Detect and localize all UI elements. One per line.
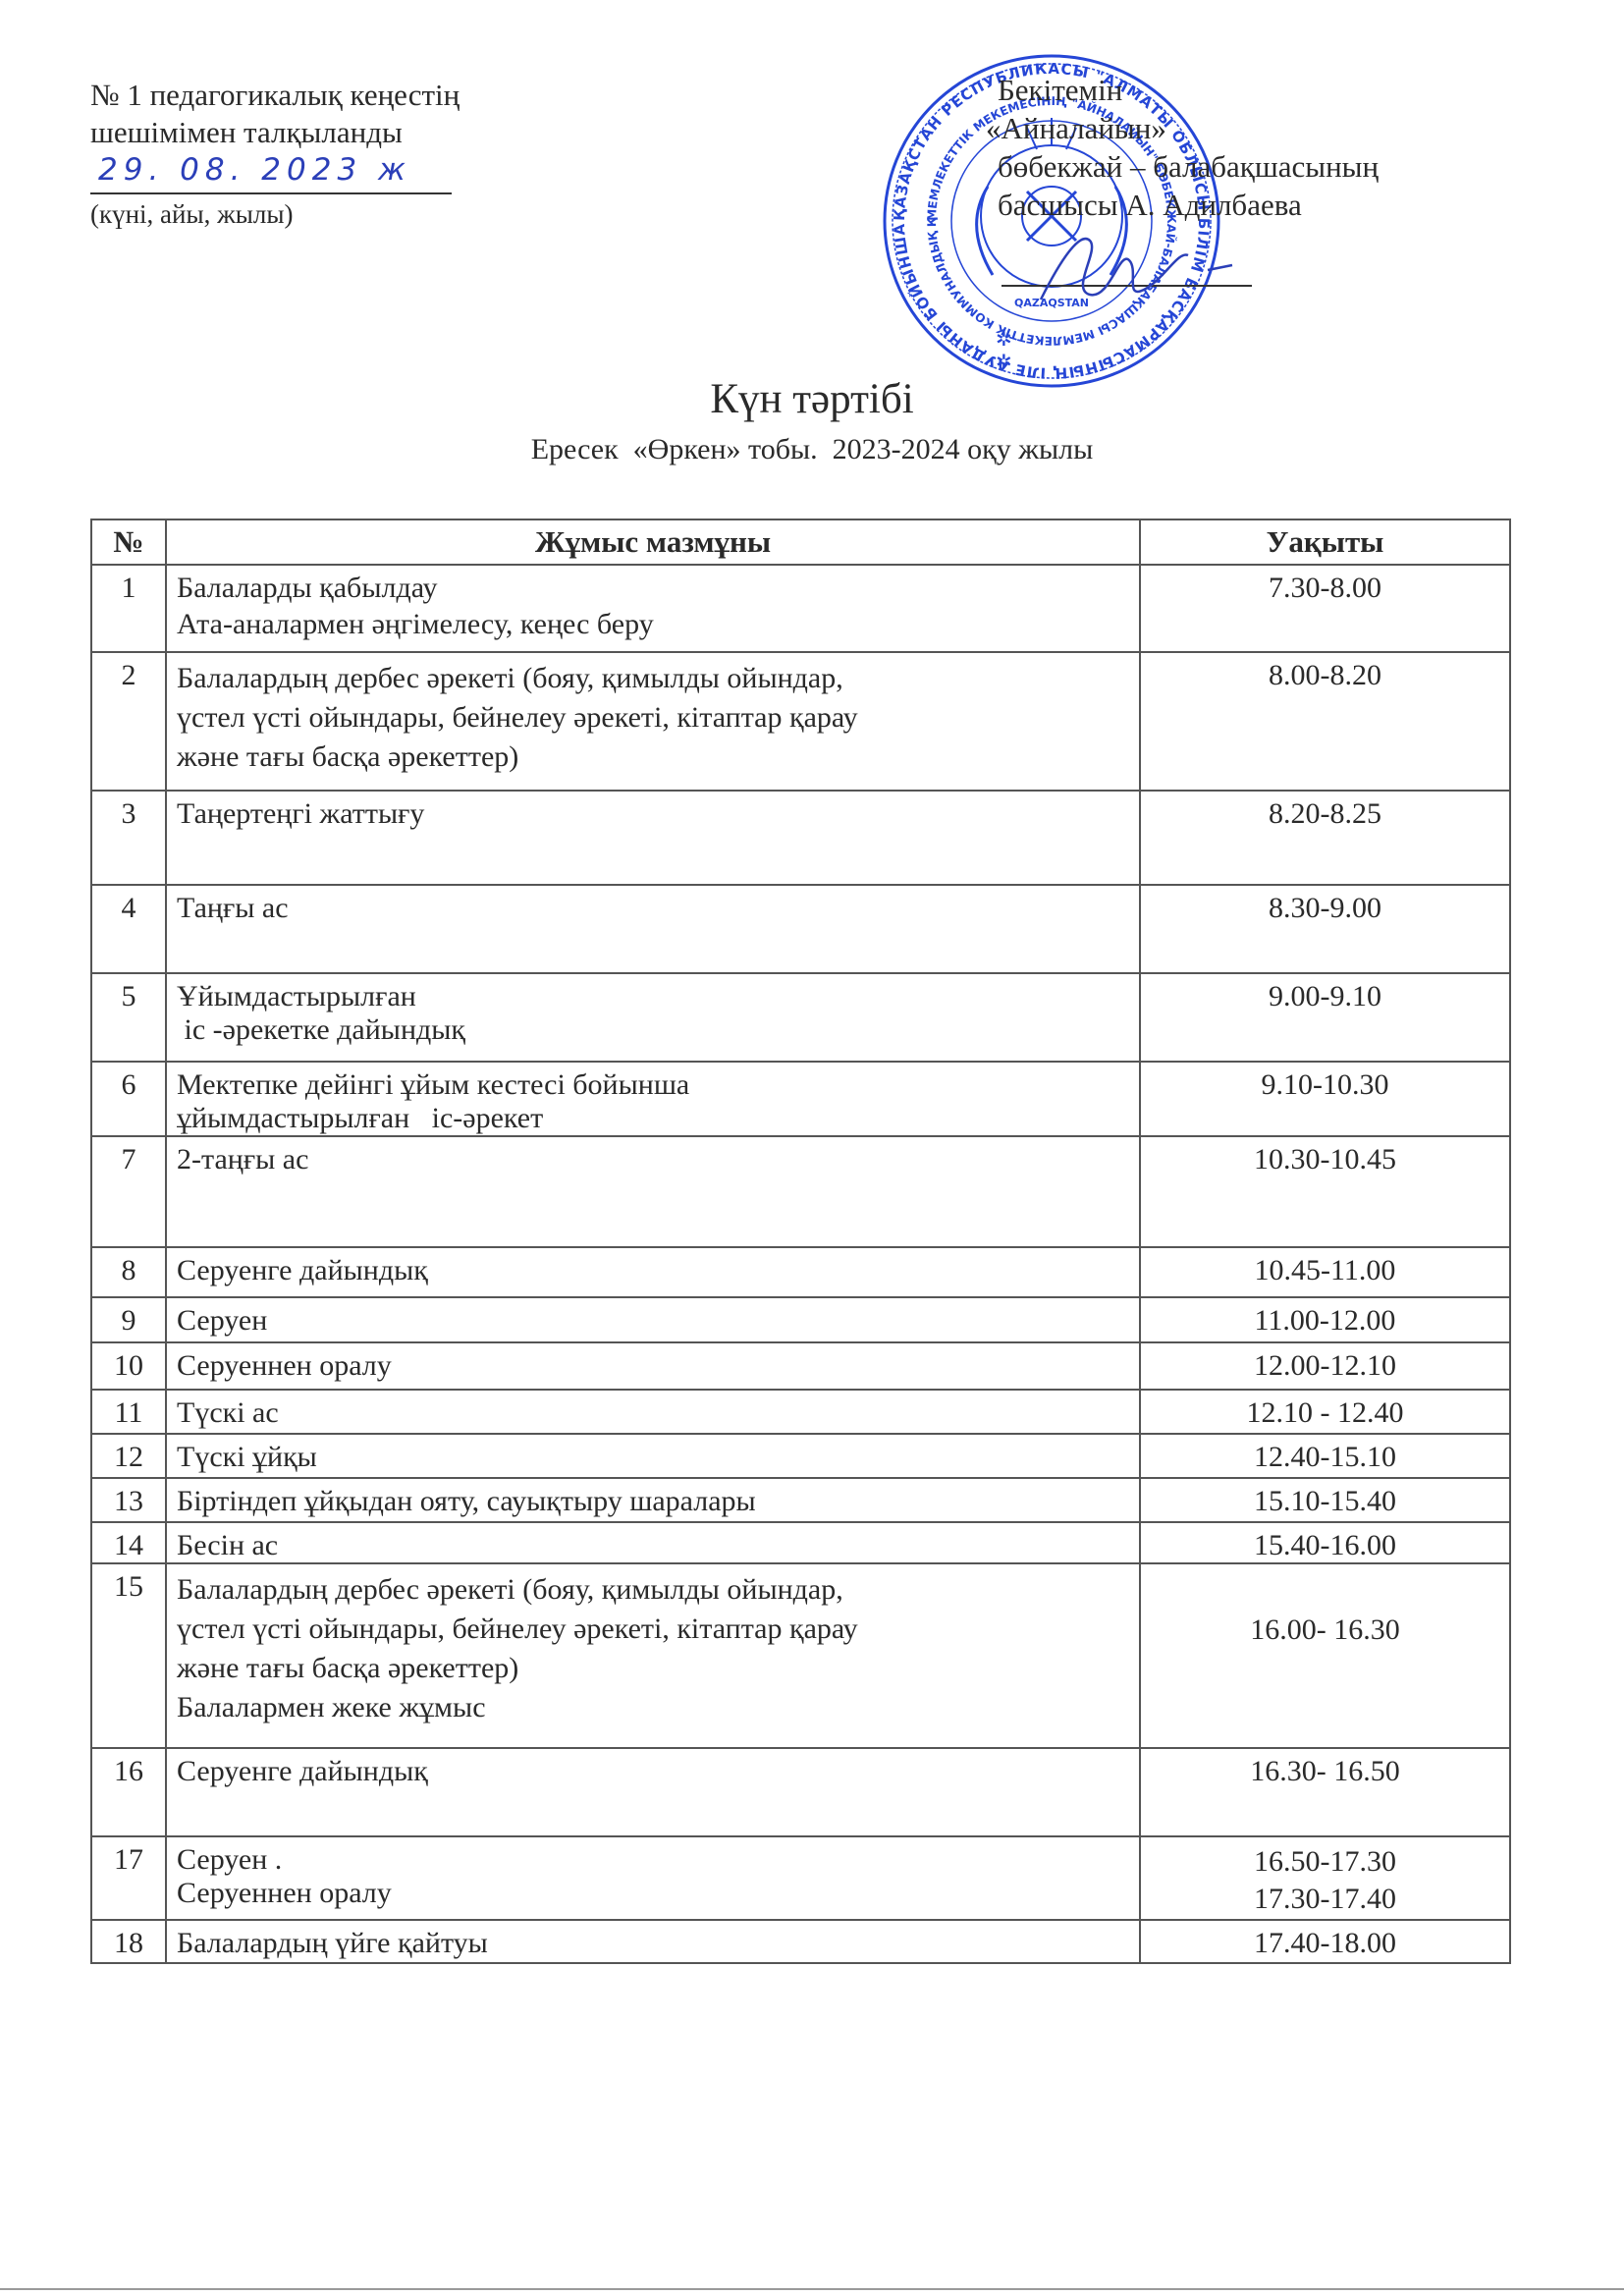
activity-line: үстел үсті ойындары, бейнелеу әрекеті, к… [177, 1610, 1139, 1649]
activity-line: Түскі ұйқы [177, 1441, 1139, 1474]
activity-cell: Серуенге дайындық [166, 1247, 1140, 1297]
activity-cell: Балалардың дербес әрекеті (бояу, қимылды… [166, 652, 1140, 791]
table-row: 11Түскі ас12.10 - 12.40 [91, 1390, 1510, 1434]
activity-line: Серуен [177, 1304, 1139, 1338]
time-range: 12.10 - 12.40 [1141, 1396, 1509, 1430]
time-range: 9.00-9.10 [1141, 980, 1509, 1013]
time-range: 16.50-17.30 [1141, 1843, 1509, 1881]
activity-line: және тағы басқа әрекеттер) [177, 738, 1139, 777]
activity-cell: Серуен .Серуеннен оралу [166, 1836, 1140, 1920]
date-field: 29. 08. 2023 ж [90, 153, 452, 194]
row-number: 10 [91, 1342, 166, 1390]
page-bottom-edge [0, 2288, 1624, 2290]
activity-cell: Балалардың дербес әрекеті (бояу, қимылды… [166, 1563, 1140, 1748]
activity-cell: Балалардың үйге қайтуы [166, 1920, 1140, 1963]
time-range: 11.00-12.00 [1141, 1304, 1509, 1338]
activity-cell: Мектепке дейінгі ұйым кестесі бойыншаұйы… [166, 1062, 1140, 1136]
row-number: 1 [91, 565, 166, 652]
activity-line: Серуеннен оралу [177, 1349, 1139, 1383]
svg-text:✲: ✲ [996, 350, 1012, 373]
activity-cell: Түскі ұйқы [166, 1434, 1140, 1478]
time-cell: 8.00-8.20 [1140, 652, 1510, 791]
time-cell: 12.10 - 12.40 [1140, 1390, 1510, 1434]
time-cell: 9.10-10.30 [1140, 1062, 1510, 1136]
table-row: 1Балаларды қабылдауАта-аналармен әңгімел… [91, 565, 1510, 652]
time-cell: 8.20-8.25 [1140, 791, 1510, 885]
row-number: 16 [91, 1748, 166, 1836]
header-number: № [91, 519, 166, 565]
time-range: 17.40-18.00 [1141, 1927, 1509, 1960]
time-cell: 16.50-17.3017.30-17.40 [1140, 1836, 1510, 1920]
svg-text:✲: ✲ [996, 327, 1012, 351]
table-row: 6Мектепке дейінгі ұйым кестесі бойыншаұй… [91, 1062, 1510, 1136]
table-row: 17Серуен .Серуеннен оралу16.50-17.3017.3… [91, 1836, 1510, 1920]
table-row: 15Балалардың дербес әрекеті (бояу, қимыл… [91, 1563, 1510, 1748]
activity-line: Балаларды қабылдау [177, 572, 1139, 605]
row-number: 18 [91, 1920, 166, 1963]
daily-schedule-table: № Жұмыс мазмұны Уақыты 1Балаларды қабылд… [90, 519, 1509, 1964]
activity-cell: 2-таңғы ас [166, 1136, 1140, 1247]
time-cell: 7.30-8.00 [1140, 565, 1510, 652]
table-row: 16Серуенге дайындық16.30- 16.50 [91, 1748, 1510, 1836]
table-row: 72-таңғы ас10.30-10.45 [91, 1136, 1510, 1247]
activity-line: Серуен . [177, 1843, 1139, 1877]
activity-line: үстел үсті ойындары, бейнелеу әрекеті, к… [177, 698, 1139, 738]
row-number: 8 [91, 1247, 166, 1297]
time-range: 17.30-17.40 [1141, 1881, 1509, 1918]
time-cell: 16.00- 16.30 [1140, 1563, 1510, 1748]
table-row: 5Ұйымдастырылған іс -әрекетке дайындық9.… [91, 973, 1510, 1062]
council-line-1: № 1 педагогикалық кеңестің [90, 77, 460, 114]
activity-line: Серуеннен оралу [177, 1877, 1139, 1910]
activity-line: Мектепке дейінгі ұйым кестесі бойынша [177, 1068, 1139, 1102]
table-row: 3Таңертеңгі жаттығу8.20-8.25 [91, 791, 1510, 885]
table-row: 2Балалардың дербес әрекеті (бояу, қимылд… [91, 652, 1510, 791]
table-row: 13Біртіндеп ұйқыдан ояту, сауықтыру шара… [91, 1478, 1510, 1522]
time-cell: 10.45-11.00 [1140, 1247, 1510, 1297]
activity-cell: Таңертеңгі жаттығу [166, 791, 1140, 885]
approval-line-1: Бекітемін [998, 71, 1379, 109]
activity-cell: Серуенге дайындық [166, 1748, 1140, 1836]
row-number: 9 [91, 1297, 166, 1342]
time-range: 10.30-10.45 [1141, 1143, 1509, 1176]
header-activity: Жұмыс мазмұны [166, 519, 1140, 565]
activity-line: Таңғы ас [177, 892, 1139, 925]
row-number: 17 [91, 1836, 166, 1920]
time-cell: 8.30-9.00 [1140, 885, 1510, 973]
activity-cell: Серуен [166, 1297, 1140, 1342]
row-number: 5 [91, 973, 166, 1062]
council-discussion-block: № 1 педагогикалық кеңестің шешімімен тал… [90, 77, 460, 234]
activity-line: Бесін ас [177, 1529, 1139, 1562]
activity-line: 2-таңғы ас [177, 1143, 1139, 1176]
activity-line: және тағы басқа әрекеттер) [177, 1649, 1139, 1688]
activity-cell: Түскі ас [166, 1390, 1140, 1434]
table-row: 18Балалардың үйге қайтуы17.40-18.00 [91, 1920, 1510, 1963]
activity-line: Ата-аналармен әңгімелесу, кеңес беру [177, 605, 1139, 644]
time-cell: 10.30-10.45 [1140, 1136, 1510, 1247]
date-caption: (күні, айы, жылы) [90, 194, 460, 234]
activity-line: Балалардың үйге қайтуы [177, 1927, 1139, 1960]
activity-line: Таңертеңгі жаттығу [177, 797, 1139, 831]
page-title: Күн тәртібі [0, 375, 1624, 424]
activity-cell: Біртіндеп ұйқыдан ояту, сауықтыру шарала… [166, 1478, 1140, 1522]
activity-line: Балалардың дербес әрекеті (бояу, қимылды… [177, 1570, 1139, 1610]
row-number: 14 [91, 1522, 166, 1563]
time-cell: 11.00-12.00 [1140, 1297, 1510, 1342]
time-range: 7.30-8.00 [1141, 572, 1509, 605]
activity-line: Балалармен жеке жұмыс [177, 1688, 1139, 1727]
activity-line: Серуенге дайындық [177, 1755, 1139, 1788]
table-row: 12Түскі ұйқы12.40-15.10 [91, 1434, 1510, 1478]
time-range: 12.00-12.10 [1141, 1349, 1509, 1383]
time-range: 9.10-10.30 [1141, 1068, 1509, 1102]
row-number: 7 [91, 1136, 166, 1247]
table-header-row: № Жұмыс мазмұны Уақыты [91, 519, 1510, 565]
approval-line-2: «Айналайын» [986, 109, 1379, 147]
council-line-2: шешімімен талқыланды [90, 114, 460, 151]
table-row: 10Серуеннен оралу12.00-12.10 [91, 1342, 1510, 1390]
approval-block: Бекітемін «Айналайын» бөбекжай – балабақ… [998, 71, 1379, 224]
activity-line: Түскі ас [177, 1396, 1139, 1430]
time-range: 8.20-8.25 [1141, 797, 1509, 831]
time-range: 15.10-15.40 [1141, 1485, 1509, 1518]
activity-line: Ұйымдастырылған [177, 980, 1139, 1013]
activity-cell: Серуеннен оралу [166, 1342, 1140, 1390]
handwritten-date: 29. 08. 2023 ж [98, 151, 411, 189]
time-range: 8.00-8.20 [1141, 659, 1509, 692]
time-cell: 15.10-15.40 [1140, 1478, 1510, 1522]
table-row: 14Бесін ас15.40-16.00 [91, 1522, 1510, 1563]
activity-line: Серуенге дайындық [177, 1254, 1139, 1287]
activity-cell: Ұйымдастырылған іс -әрекетке дайындық [166, 973, 1140, 1062]
time-range: 8.30-9.00 [1141, 892, 1509, 925]
row-number: 2 [91, 652, 166, 791]
time-cell: 17.40-18.00 [1140, 1920, 1510, 1963]
table-row: 4Таңғы ас8.30-9.00 [91, 885, 1510, 973]
row-number: 13 [91, 1478, 166, 1522]
time-cell: 15.40-16.00 [1140, 1522, 1510, 1563]
time-range: 15.40-16.00 [1141, 1529, 1509, 1562]
activity-cell: Таңғы ас [166, 885, 1140, 973]
signature-icon [1031, 221, 1267, 309]
row-number: 3 [91, 791, 166, 885]
activity-line: Біртіндеп ұйқыдан ояту, сауықтыру шарала… [177, 1485, 1139, 1518]
activity-line: ұйымдастырылған іс-әрекет [177, 1102, 1139, 1135]
row-number: 4 [91, 885, 166, 973]
page-subtitle: Ересек «Өркен» тобы. 2023-2024 оқу жылы [0, 432, 1624, 467]
time-cell: 12.00-12.10 [1140, 1342, 1510, 1390]
activity-line: Балалардың дербес әрекеті (бояу, қимылды… [177, 659, 1139, 698]
activity-cell: Балаларды қабылдауАта-аналармен әңгімеле… [166, 565, 1140, 652]
row-number: 12 [91, 1434, 166, 1478]
time-range: 10.45-11.00 [1141, 1254, 1509, 1287]
row-number: 11 [91, 1390, 166, 1434]
approval-line-4: басшысы А. Адилбаева [998, 186, 1379, 224]
activity-line: іс -әрекетке дайындық [177, 1013, 1139, 1047]
activity-cell: Бесін ас [166, 1522, 1140, 1563]
time-range: 16.00- 16.30 [1141, 1613, 1509, 1647]
table-row: 8Серуенге дайындық10.45-11.00 [91, 1247, 1510, 1297]
approval-line-3: бөбекжай – балабақшасының [998, 147, 1379, 186]
row-number: 6 [91, 1062, 166, 1136]
time-range: 16.30- 16.50 [1141, 1755, 1509, 1788]
table-row: 9Серуен11.00-12.00 [91, 1297, 1510, 1342]
time-range: 12.40-15.10 [1141, 1441, 1509, 1474]
time-cell: 16.30- 16.50 [1140, 1748, 1510, 1836]
time-cell: 9.00-9.10 [1140, 973, 1510, 1062]
time-cell: 12.40-15.10 [1140, 1434, 1510, 1478]
row-number: 15 [91, 1563, 166, 1748]
header-time: Уақыты [1140, 519, 1510, 565]
time-range [1141, 1570, 1509, 1613]
